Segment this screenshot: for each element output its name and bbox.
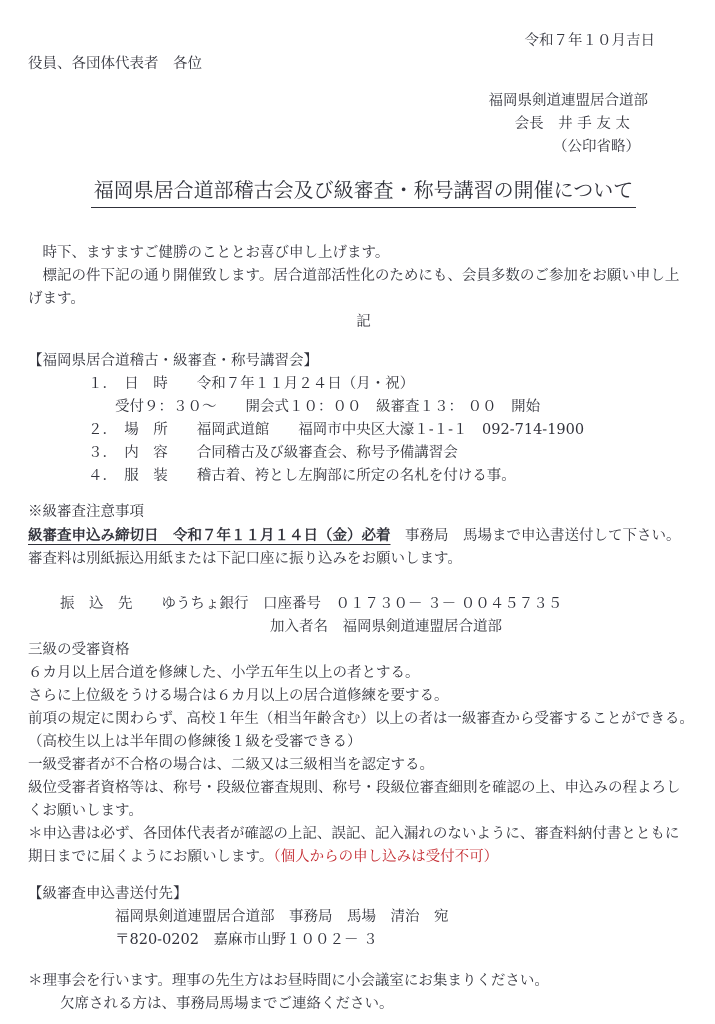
send-to-address: 〒820-0202 嘉麻市山野１００２－ ３ bbox=[28, 929, 699, 952]
event-item-dresscode: ４． 服 装 稽古着、袴とし左胸部に所定の名札を付ける事。 bbox=[28, 465, 699, 488]
fee-line: 審査料は別紙振込用紙または下記口座に振り込みをお願いします。 bbox=[28, 548, 699, 571]
eligibility-rule: 前項の規定に関わらず、高校１年生（相当年齢含む）以上の者は一級審査から受審するこ… bbox=[28, 708, 699, 731]
eligibility-heading: 三級の受審資格 bbox=[28, 639, 699, 662]
send-to-addressee: 福岡県剣道連盟居合道部 事務局 馬場 清治 宛 bbox=[28, 906, 699, 929]
deadline-underlined-text: 級審査申込み締切日 令和７年１１月１４日（金）必着 bbox=[28, 527, 391, 544]
sender-block: 福岡県剣道連盟居合道部 会長 井 手 友 太 （公印省略） bbox=[28, 90, 699, 159]
absence-contact-line: 欠席される方は、事務局馬場までご連絡ください。 bbox=[28, 993, 699, 1016]
event-item-datetime: １． 日 時 令和７年１１月２４日（月・祝） bbox=[28, 373, 699, 396]
eligibility-rule: さらに上位級をうける場合は６カ月以上の居合道修練を要する。 bbox=[28, 685, 699, 708]
send-to-heading: 【級審査申込書送付先】 bbox=[28, 883, 699, 906]
no-individual-application-warning: （個人からの申し込みは受付不可） bbox=[273, 849, 498, 865]
event-item-schedule: 受付９：３０～ 開会式１０：００ 級審査１３： ００ 開始 bbox=[28, 396, 699, 419]
document-title-text: 福岡県居合道部稽古会及び級審査・称号講習の開催について bbox=[91, 175, 637, 208]
bank-payee-line: 加入者名 福岡県剣道連盟居合道部 bbox=[28, 616, 699, 639]
greeting-block: 時下、ますますご健勝のこととお喜び申し上げます。 標記の件下記の通り開催致します… bbox=[28, 242, 699, 334]
ki-marker: 記 bbox=[28, 311, 699, 334]
greeting-line: げます。 bbox=[28, 288, 699, 311]
exam-notice-heading: ※級審査注意事項 bbox=[28, 501, 699, 524]
greeting-line: 標記の件下記の通り開催致します。居合道部活性化のためにも、会員多数のご参加をお願… bbox=[28, 265, 699, 288]
event-section-heading: 【福岡県居合道稽古・級審査・称号講習会】 bbox=[28, 350, 699, 373]
eligibility-rule: 一級受審者が不合格の場合は、二級又は三級相当を認定する。 bbox=[28, 754, 699, 777]
eligibility-rule: 級位受審者資格等は、称号・段級位審査規則、称号・段級位審査細則を確認の上、申込み… bbox=[28, 777, 699, 800]
board-meeting-note: ＊理事会を行います。理事の先生方はお昼時間に小会議室にお集まりください。 欠席さ… bbox=[28, 970, 699, 1016]
recipients-line: 役員、各団体代表者 各位 bbox=[28, 53, 699, 76]
deadline-rest-text: 事務局 馬場まで申込書送付して下さい。 bbox=[391, 528, 681, 544]
exam-notice-section: ※級審査注意事項 級審査申込み締切日 令和７年１１月１４日（金）必着 事務局 馬… bbox=[28, 501, 699, 571]
greeting-line: 時下、ますますご健勝のこととお喜び申し上げます。 bbox=[28, 242, 699, 265]
application-note-text: 期日までに届くようにお願いします。 bbox=[28, 849, 273, 865]
board-meeting-line: ＊理事会を行います。理事の先生方はお昼時間に小会議室にお集まりください。 bbox=[28, 970, 699, 993]
event-section: 【福岡県居合道稽古・級審査・称号講習会】 １． 日 時 令和７年１１月２４日（月… bbox=[28, 350, 699, 488]
eligibility-rule: ６カ月以上居合道を修練した、小学五年生以上の者とする。 bbox=[28, 662, 699, 685]
bank-transfer-block: 振 込 先 ゆうちょ銀行 口座番号 ０１７３０－ ３－ ００４５７３５ 加入者名… bbox=[28, 593, 699, 639]
application-note-final: 期日までに届くようにお願いします。（個人からの申し込みは受付不可） bbox=[28, 846, 699, 869]
document-page: 令和７年１０月吉日 役員、各団体代表者 各位 福岡県剣道連盟居合道部 会長 井 … bbox=[0, 0, 715, 1024]
event-item-content: ３． 内 容 合同稽古及び級審査会、称号予備講習会 bbox=[28, 442, 699, 465]
sender-president-name: 会長 井 手 友 太 bbox=[28, 113, 699, 136]
document-title: 福岡県居合道部稽古会及び級審査・称号講習の開催について bbox=[28, 175, 699, 208]
document-date: 令和７年１０月吉日 bbox=[28, 30, 699, 53]
event-item-place: ２． 場 所 福岡武道館 福岡市中央区大濠１-１-１ 092-714-1900 bbox=[28, 419, 699, 442]
sender-organization: 福岡県剣道連盟居合道部 bbox=[28, 90, 699, 113]
seal-omitted-note: （公印省略） bbox=[28, 136, 699, 159]
send-to-section: 【級審査申込書送付先】 福岡県剣道連盟居合道部 事務局 馬場 清治 宛 〒820… bbox=[28, 883, 699, 952]
eligibility-rule: くお願いします。 bbox=[28, 800, 699, 823]
application-note: ＊申込書は必ず、各団体代表者が確認の上記、誤記、記入漏れのないように、審査料納付… bbox=[28, 823, 699, 846]
eligibility-section: 三級の受審資格 ６カ月以上居合道を修練した、小学五年生以上の者とする。 さらに上… bbox=[28, 639, 699, 869]
bank-transfer-line: 振 込 先 ゆうちょ銀行 口座番号 ０１７３０－ ３－ ００４５７３５ bbox=[28, 593, 699, 616]
deadline-line: 級審査申込み締切日 令和７年１１月１４日（金）必着 事務局 馬場まで申込書送付し… bbox=[28, 524, 699, 548]
eligibility-rule: （高校生以上は半年間の修練後１級を受審できる） bbox=[28, 731, 699, 754]
